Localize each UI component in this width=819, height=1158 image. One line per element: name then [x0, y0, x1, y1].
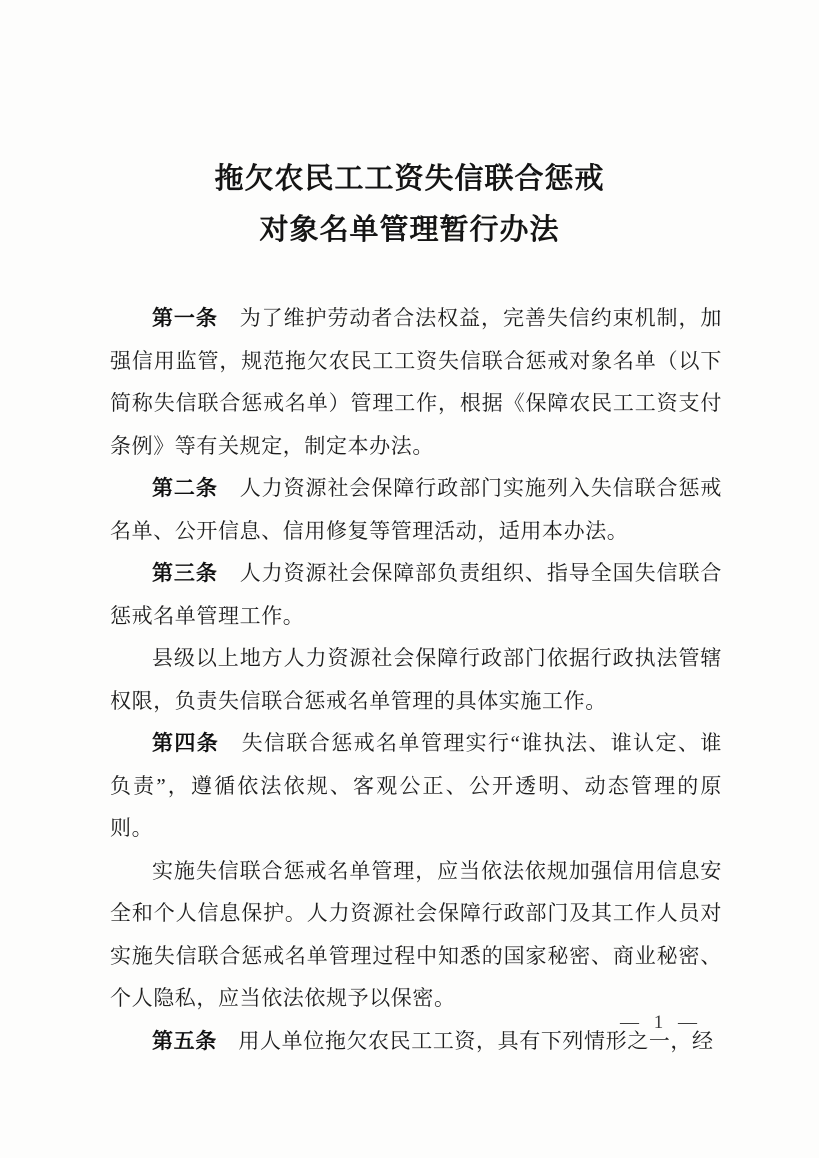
article-gap [219, 731, 241, 755]
paragraph-text: 县级以上地方人力资源社会保障行政部门依据行政执法管辖权限，负责失信联合惩戒名单管… [110, 646, 722, 713]
page-number: — 1 — [620, 1012, 699, 1034]
article-label: 第五条 [152, 1029, 217, 1053]
paragraph: 第四条 失信联合惩戒名单管理实行“谁执法、谁认定、谁负责”，遵循依法依规、客观公… [110, 722, 722, 850]
paragraph: 县级以上地方人力资源社会保障行政部门依据行政执法管辖权限，负责失信联合惩戒名单管… [110, 637, 722, 722]
paragraph: 第二条 人力资源社会保障行政部门实施列入失信联合惩戒名单、公开信息、信用修复等管… [110, 467, 722, 552]
document-title-line2: 对象名单管理暂行办法 [0, 205, 819, 256]
paragraph: 第一条 为了维护劳动者合法权益，完善失信约束机制，加强信用监管，规范拖欠农民工工… [110, 297, 722, 467]
paragraph: 实施失信联合惩戒名单管理，应当依法依规加强信用信息安全和个人信息保护。人力资源社… [110, 850, 722, 1020]
article-label: 第三条 [152, 561, 218, 585]
article-label: 第四条 [152, 731, 219, 755]
article-gap [217, 1029, 239, 1053]
article-label: 第二条 [152, 476, 218, 500]
paragraph: 第三条 人力资源社会保障部负责组织、指导全国失信联合惩戒名单管理工作。 [110, 552, 722, 637]
paragraph-text: 实施失信联合惩戒名单管理，应当依法依规加强信用信息安全和个人信息保护。人力资源社… [110, 859, 722, 1011]
article-label: 第一条 [152, 306, 218, 330]
document-title: 拖欠农民工工资失信联合惩戒 对象名单管理暂行办法 [0, 154, 819, 256]
document-page: 拖欠农民工工资失信联合惩戒 对象名单管理暂行办法 第一条 为了维护劳动者合法权益… [0, 0, 819, 1158]
document-body: 第一条 为了维护劳动者合法权益，完善失信约束机制，加强信用监管，规范拖欠农民工工… [110, 297, 722, 1062]
article-gap [218, 561, 240, 585]
article-gap [218, 306, 240, 330]
document-title-line1: 拖欠农民工工资失信联合惩戒 [0, 154, 819, 205]
article-gap [218, 476, 240, 500]
